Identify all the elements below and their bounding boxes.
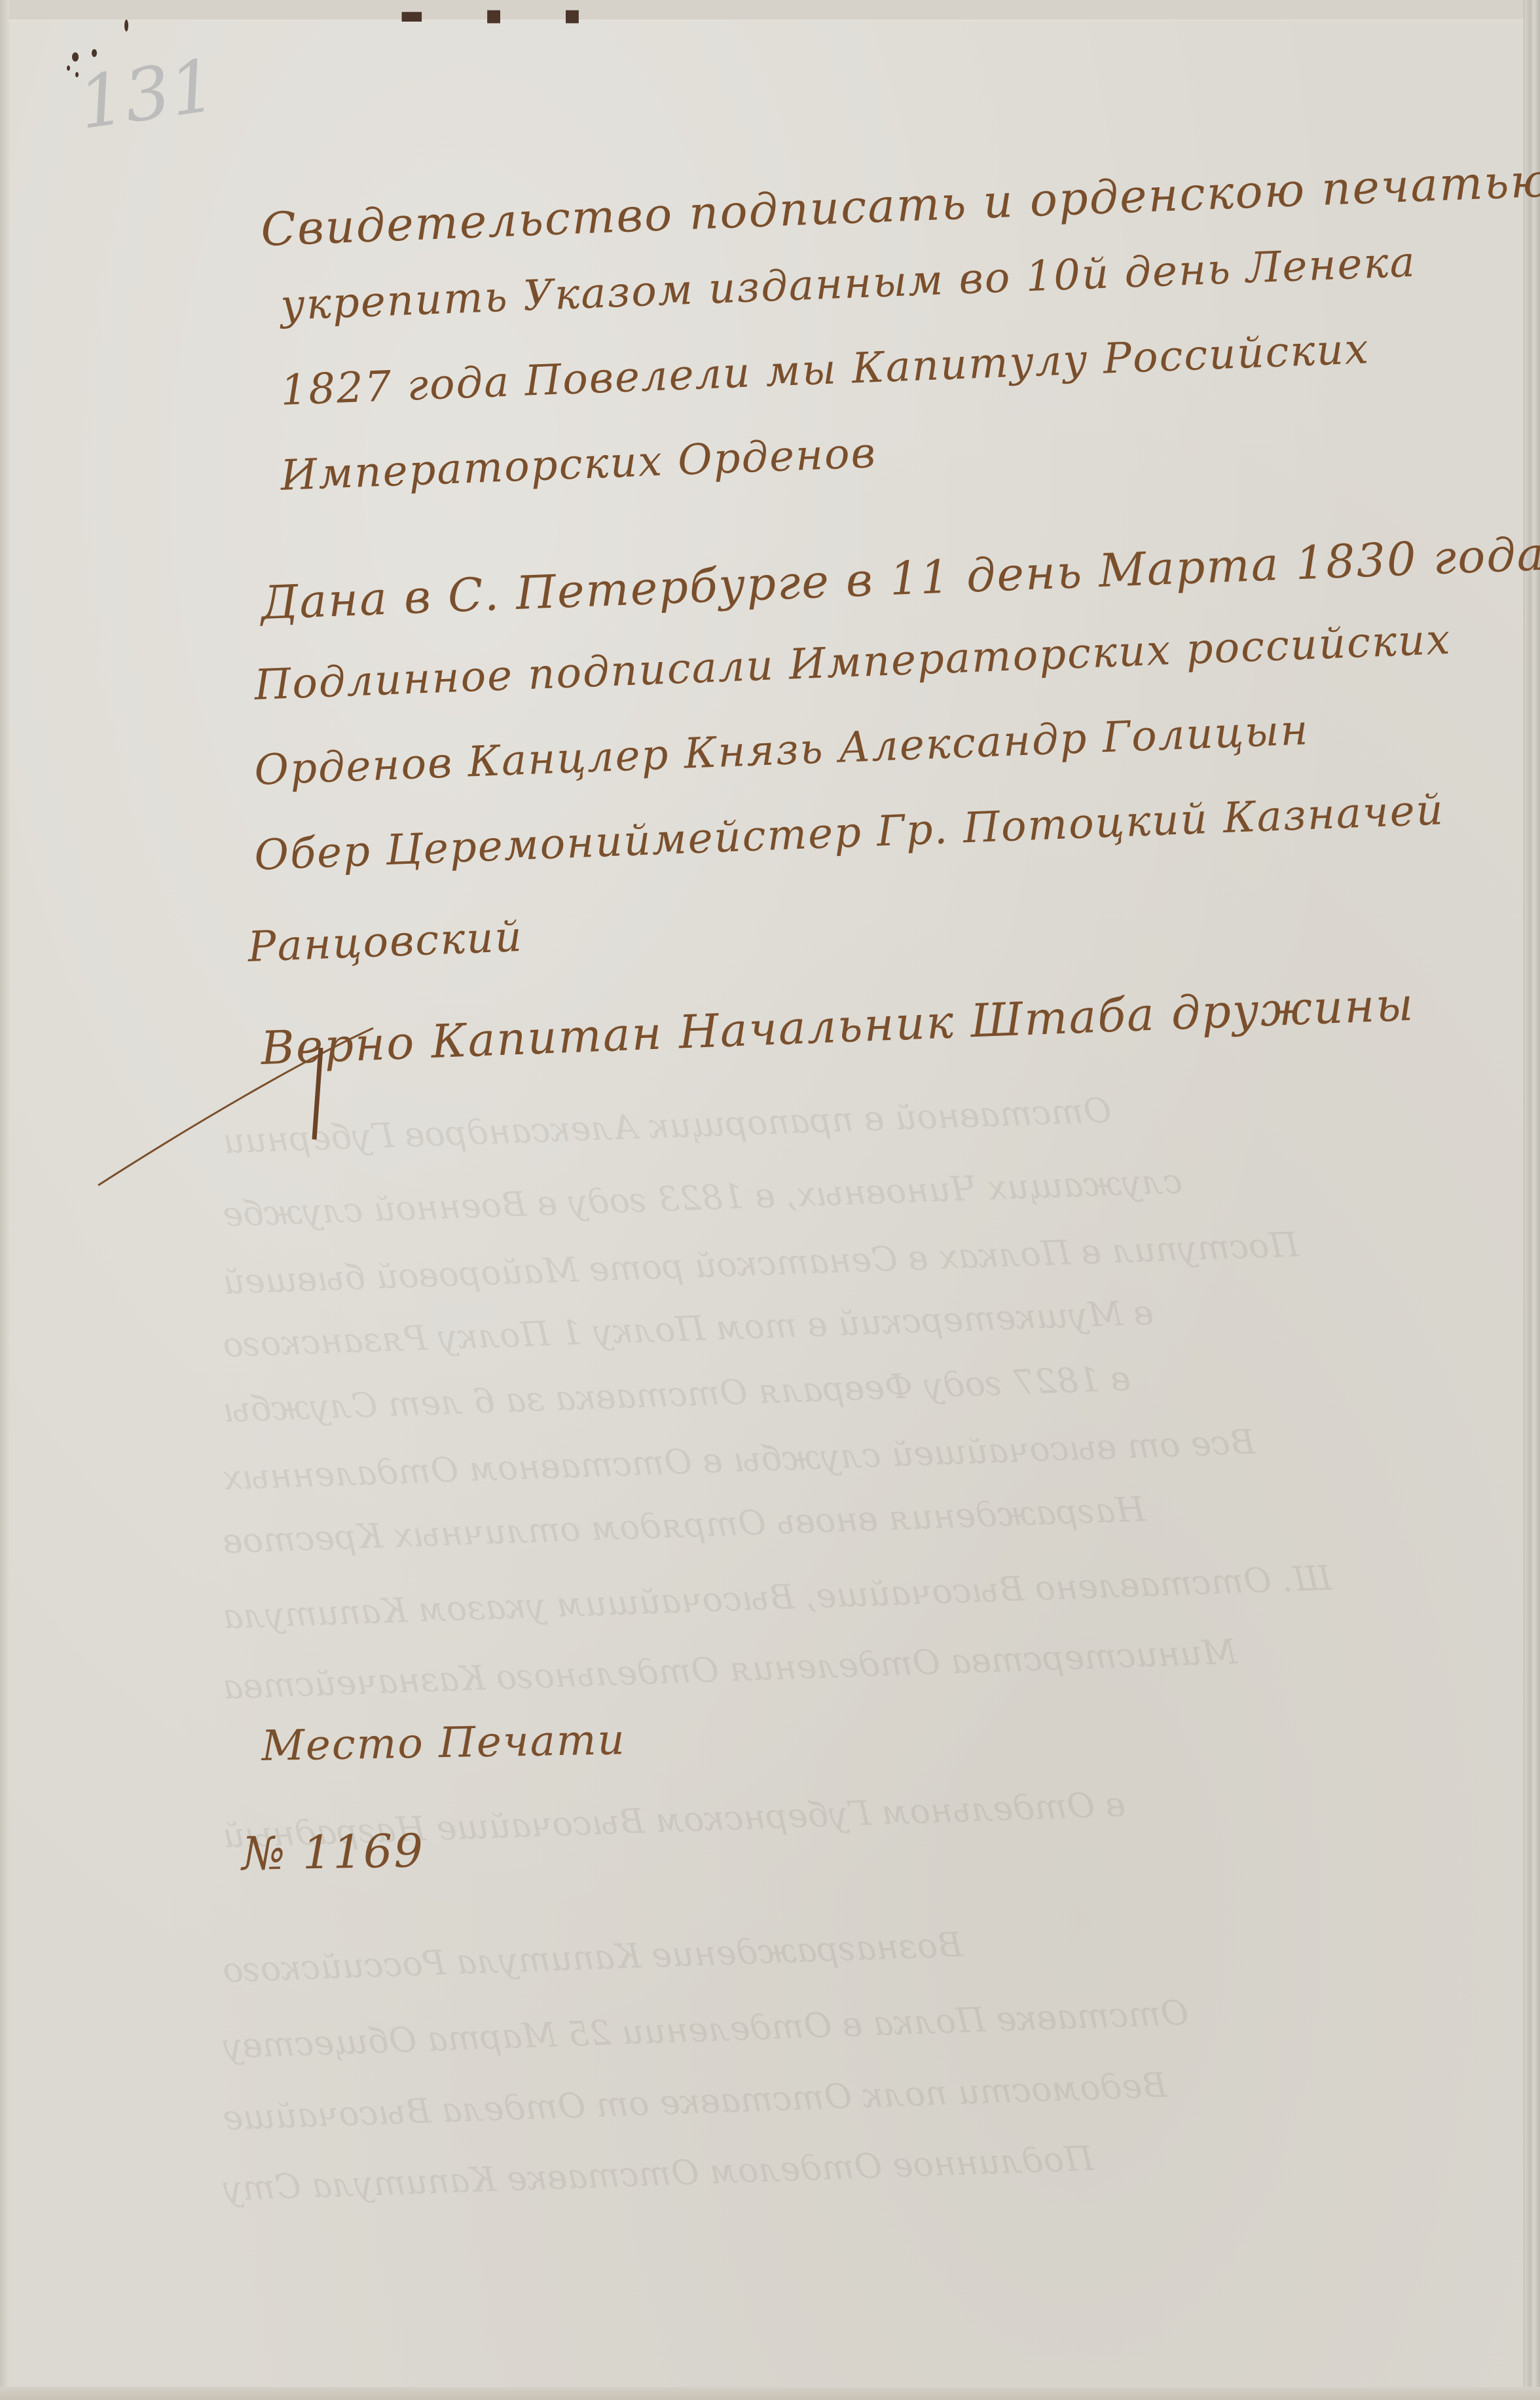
bleed-through-line: Ш. Отставлено Высочайше, Высочайшим указ… [222, 1559, 1332, 1636]
document-number: № 1169 [242, 1824, 425, 1881]
bleed-through-line: Все от высочайшей службы в Отставном Отд… [222, 1422, 1256, 1498]
document-page: ▬ ▪ ▪ 131 Отставной в прапорщик Александ… [0, 0, 1540, 2400]
manuscript-line-3: 1827 года Повелели мы Капитулу Российски… [280, 325, 1370, 415]
manuscript-line-7: Орденов Канцлер Князь Александр Голицын [253, 706, 1310, 795]
bleed-through-line: Награждения вновь Отрядом отличных Крест… [222, 1490, 1146, 1561]
bleed-through-line: Поступил в Полках в Сенатской роте Майор… [222, 1225, 1299, 1302]
bleed-through-line: в 1827 году Февраля Отставка за 6 лет Сл… [222, 1359, 1131, 1430]
manuscript-line-4: Императорских Орденов [280, 429, 877, 500]
binding-edge [1524, 0, 1540, 2400]
manuscript-line-6: Подлинное подписали Императорских россий… [253, 616, 1452, 710]
bleed-through-line: Подлинное Отделом Отставке Капитула Сту [222, 2139, 1094, 2209]
bleed-through-line: Отставке Полка в Отделении 25 Марта Обще… [222, 1993, 1189, 2066]
page-left-edge [0, 0, 9, 2400]
bleed-through-line: в Мушкетерский в том Полку 1 Полку Рязан… [222, 1293, 1154, 1365]
manuscript-line-5: Дана в С. Петербурге в 11 день Марта 183… [260, 527, 1540, 630]
manuscript-line-2: укрепить Указом изданным во 10й день Лен… [280, 238, 1417, 330]
manuscript-line-10: Верно Капитан Начальник Штаба дружины [260, 977, 1416, 1075]
signature-flourish-icon [92, 1022, 380, 1192]
manuscript-line-9: Ранцовский [247, 913, 524, 972]
page-top-edge [0, 0, 1540, 20]
folio-number: 131 [73, 43, 221, 145]
page-bottom-edge [0, 2387, 1540, 2400]
ink-marks-top: ▬ ▪ ▪ [399, 0, 607, 30]
bleed-through-line: Вознаграждение Капитула Российского [222, 1925, 963, 1990]
bleed-through-line: Министерства Отделения Отдельного Казнач… [222, 1633, 1237, 1707]
seal-place-label: Место Печати [261, 1716, 627, 1771]
manuscript-line-8: Обер Церемониймейстер Гр. Потоцкий Казна… [253, 786, 1445, 880]
bleed-through-line: Ведомости полк Отставке от Отдела Высоча… [222, 2066, 1167, 2138]
